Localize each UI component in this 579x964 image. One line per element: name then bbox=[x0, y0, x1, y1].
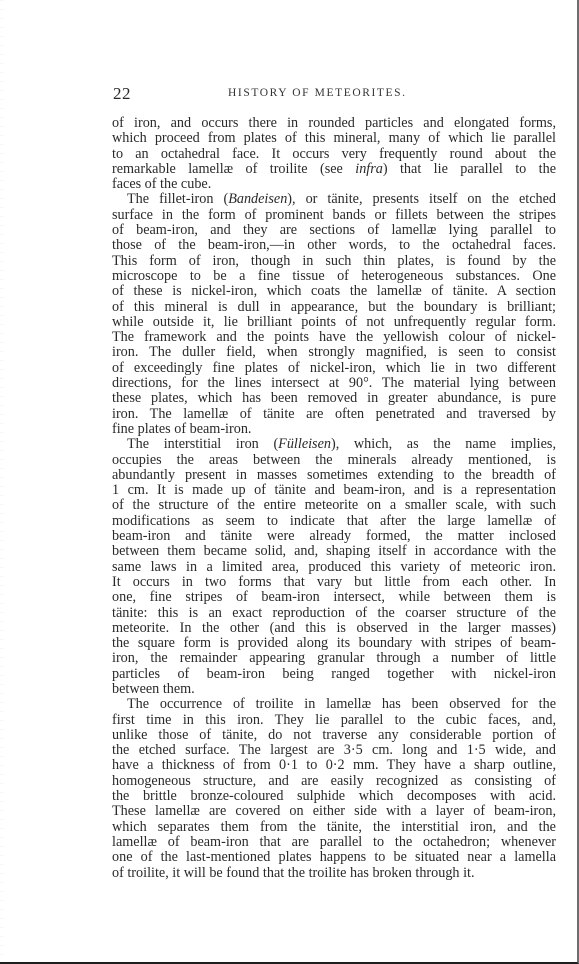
text-line: particles of beam-iron being ranged toge… bbox=[112, 667, 556, 682]
text-line: meteorite. In the other (and this is obs… bbox=[112, 621, 556, 636]
text-line: which separates them from the tänite, th… bbox=[112, 820, 556, 835]
text-line: surface in the form of prominent bands o… bbox=[112, 208, 556, 223]
page-number: 22 bbox=[113, 84, 131, 104]
text-line: to an octahedral face. It occurs very fr… bbox=[112, 147, 556, 162]
text-line: one of the last-mentioned plates happens… bbox=[112, 850, 556, 865]
text-line: iron, the remainder appearing granular t… bbox=[112, 651, 556, 666]
text-line: lamellæ of beam-iron that are parallel t… bbox=[112, 835, 556, 850]
italic-term: Bandeisen bbox=[228, 191, 287, 207]
text-line: occupies the areas between the minerals … bbox=[112, 453, 556, 468]
paragraph: The fillet-iron (Bandeisen), or tänite, … bbox=[112, 192, 556, 437]
text-line: of these is nickel-iron, which coats the… bbox=[112, 284, 556, 299]
text-line: abundantly present in masses sometimes e… bbox=[112, 468, 556, 483]
text-line: directions, for the lines intersect at 9… bbox=[112, 376, 556, 391]
text-line: beam-iron and tänite were already formed… bbox=[112, 529, 556, 544]
italic-term: infra bbox=[355, 161, 383, 177]
text-line: remarkable lamellæ of troilite (see infr… bbox=[112, 162, 556, 177]
paragraph: The interstitial iron (Fülleisen), which… bbox=[112, 437, 556, 697]
italic-term: Fülleisen bbox=[278, 436, 331, 452]
running-title: HISTORY OF METEORITES. bbox=[228, 87, 407, 99]
text-line: between them became solid, and, shaping … bbox=[112, 544, 556, 559]
text-line: microscope to be a fine tissue of hetero… bbox=[112, 269, 556, 284]
text-line: of beam-iron, and they are sections of l… bbox=[112, 223, 556, 238]
book-page: 22 HISTORY OF METEORITES. of iron, and o… bbox=[0, 0, 579, 964]
text-line: the brittle bronze-coloured sulphide whi… bbox=[112, 789, 556, 804]
text-line: of iron, and occurs there in rounded par… bbox=[112, 116, 556, 131]
text-line: same laws in a limited area, produced th… bbox=[112, 560, 556, 575]
text-line: those of the beam-iron,—in other words, … bbox=[112, 238, 556, 253]
text-line: iron. The duller field, when strongly ma… bbox=[112, 345, 556, 360]
text-line: first time in this iron. They lie parall… bbox=[112, 713, 556, 728]
text-line: unlike those of tänite, do not traverse … bbox=[112, 728, 556, 743]
text-line: The fillet-iron (Bandeisen), or tänite, … bbox=[112, 192, 556, 207]
text-line: tänite: this is an exact reproduction of… bbox=[112, 606, 556, 621]
text-line: of troilite, it will be found that the t… bbox=[112, 866, 556, 881]
text-line: The framework and the points have the ye… bbox=[112, 330, 556, 345]
running-header: 22 HISTORY OF METEORITES. bbox=[112, 84, 556, 104]
text-line: faces of the cube. bbox=[112, 177, 556, 192]
text-line: It occurs in two forms that vary but lit… bbox=[112, 575, 556, 590]
text-line: homogeneous structure, and are easily re… bbox=[112, 774, 556, 789]
text-line: fine plates of beam-iron. bbox=[112, 422, 556, 437]
text-line: the square form is provided along its bo… bbox=[112, 636, 556, 651]
text-line: the etched surface. The largest are 3·5 … bbox=[112, 743, 556, 758]
paragraph: of iron, and occurs there in rounded par… bbox=[112, 116, 556, 192]
text-line: of this mineral is dull in appearance, b… bbox=[112, 300, 556, 315]
text-line: have a thickness of from 0·1 to 0·2 mm. … bbox=[112, 758, 556, 773]
body-text: of iron, and occurs there in rounded par… bbox=[112, 116, 556, 881]
scan-edge-noise bbox=[0, 0, 4, 962]
text-line: 1 cm. It is made up of tänite and beam-i… bbox=[112, 483, 556, 498]
text-line: these plates, which has been removed in … bbox=[112, 391, 556, 406]
text-line: while outside it, lie brilliant points o… bbox=[112, 315, 556, 330]
text-line: one, fine stripes of beam-iron intersect… bbox=[112, 590, 556, 605]
text-line: The interstitial iron (Fülleisen), which… bbox=[112, 437, 556, 452]
text-line: of the structure of the entire meteorite… bbox=[112, 498, 556, 513]
text-line: between them. bbox=[112, 682, 556, 697]
text-line: The occurrence of troilite in lamellæ ha… bbox=[112, 697, 556, 712]
text-line: modifications as seem to indicate that a… bbox=[112, 514, 556, 529]
text-line: These lamellæ are covered on either side… bbox=[112, 804, 556, 819]
text-line: of exceedingly fine plates of nickel-iro… bbox=[112, 361, 556, 376]
text-line: which proceed from plates of this minera… bbox=[112, 131, 556, 146]
paragraph: The occurrence of troilite in lamellæ ha… bbox=[112, 697, 556, 881]
text-line: iron. The lamellæ of tänite are often pe… bbox=[112, 407, 556, 422]
text-line: This form of iron, though in such thin p… bbox=[112, 254, 556, 269]
